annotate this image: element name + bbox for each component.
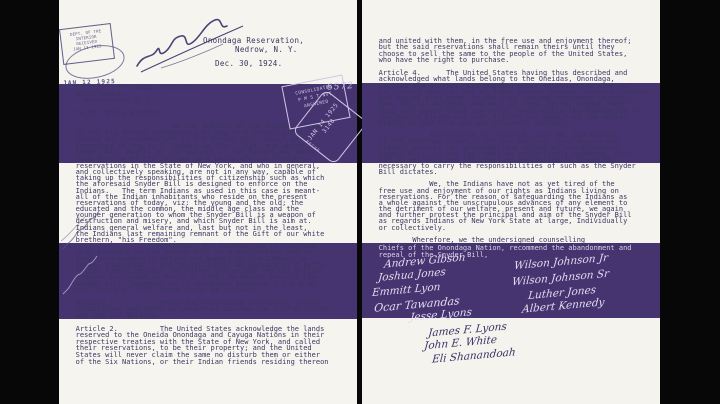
margin-scribble-dark [59, 205, 103, 253]
page2-highlighted-closing: Chiefs of the Onondaga Nation, recommend… [362, 243, 660, 318]
letter-page-2: and united with them, in the free use an… [362, 0, 660, 404]
page2-highlighted-paragraph-2: Cayugas and Senekas, and engaged never t… [362, 83, 660, 163]
margin-scribble-light [59, 248, 99, 298]
letter-page-1: DEPT. OF THE INTERIOR RECEIVED JAN 13 19… [59, 0, 357, 404]
letter-date: Dec. 30, 1924. [215, 59, 282, 68]
page2-paragraph-1: and united with them, in the free use an… [362, 0, 660, 83]
page1-highlighted-paragraph-3: Therefore, Our Brother, be it resolved, … [59, 243, 357, 319]
stamp-caption: For Director's Consideration [69, 86, 134, 90]
letter-location-line: Onondaga Reservation, [203, 36, 304, 45]
page2-bottom-signatures: James F. Lyons John E. White Eli Shanand… [362, 318, 660, 404]
letter-location-line2: Nedrow, N. Y. [235, 45, 298, 54]
page1-paragraph-2: reservations in the State of New York, a… [59, 163, 357, 243]
page2-paragraph-3: necessary to carry the responsibilities … [362, 163, 660, 243]
page1-paragraph-4: Article 2. The United States acknowledge… [59, 319, 357, 404]
file-number-annotation: 6572 [327, 81, 355, 93]
page1-header: DEPT. OF THE INTERIOR RECEIVED JAN 13 19… [59, 0, 357, 84]
